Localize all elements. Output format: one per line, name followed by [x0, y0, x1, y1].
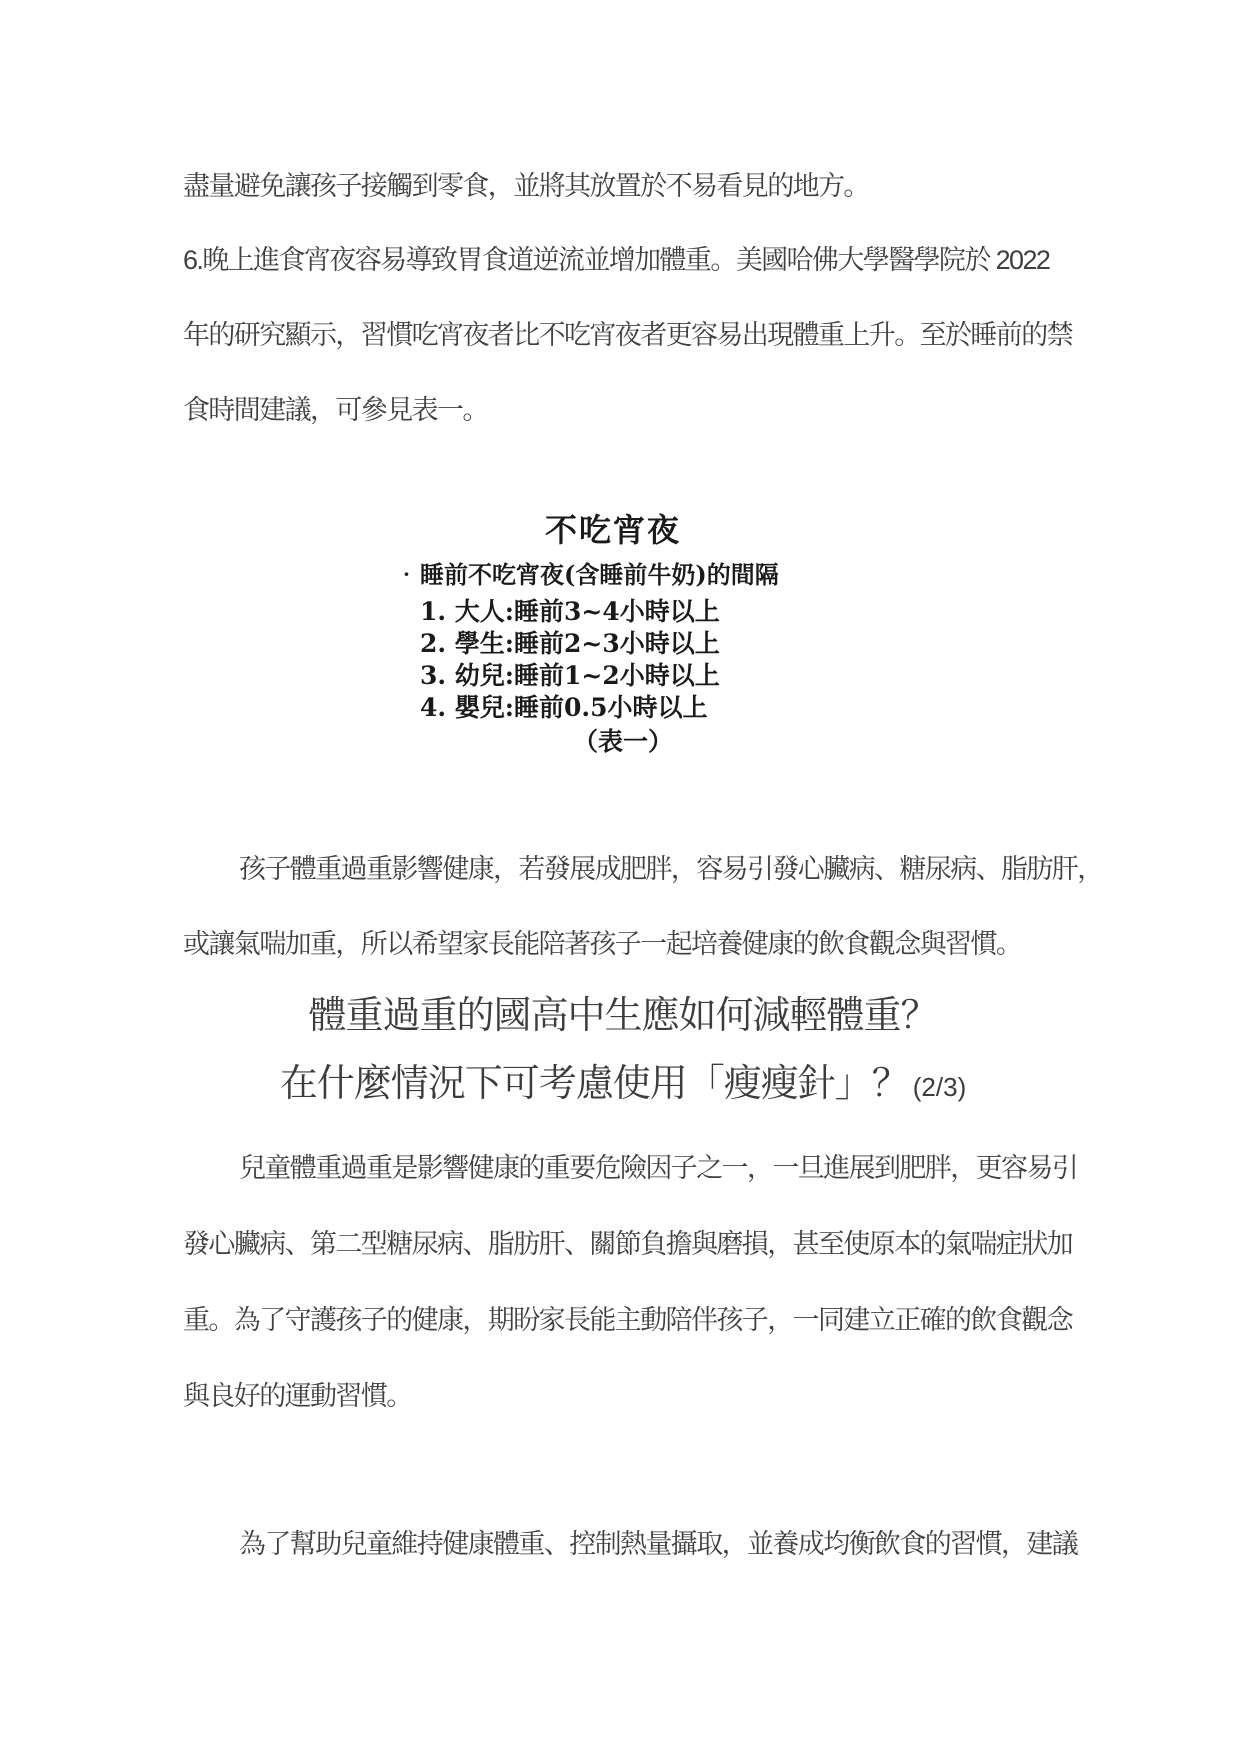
figure-item-list: 1. 大人:睡前3~4小時以上 2. 學生:睡前2~3小時以上 3. 幼兒:睡前…	[403, 596, 843, 724]
heading-line-2-text: 在什麼情況下可考慮使用「瘦瘦針」？	[280, 1063, 909, 1105]
section-heading: 體重過重的國高中生應如何減輕體重？ 在什麼情況下可考慮使用「瘦瘦針」？(2/3)	[183, 982, 1240, 1121]
figure-item: 1. 大人:睡前3~4小時以上	[420, 596, 843, 628]
text-line: 兒童體重過重是影響健康的重要危險因子之一，一旦進展到肥胖，更容易引	[183, 1130, 1240, 1206]
paragraph-final-advice: 為了幫助兒童維持健康體重、控制熱量攝取，並養成均衡飲食的習慣，建議	[183, 1508, 1240, 1580]
table-one-figure: 不吃宵夜 ·睡前不吃宵夜(含睡前牛奶)的間隔 1. 大人:睡前3~4小時以上 2…	[403, 507, 843, 760]
bullet-dot-icon: ·	[403, 553, 420, 595]
text-line: 孩子體重過重影響健康，若發展成肥胖，容易引發心臟病、糖尿病、脂肪肝，	[183, 832, 1240, 907]
figure-caption: （表一）	[403, 724, 843, 760]
figure-item: 2. 學生:睡前2~3小時以上	[420, 628, 843, 660]
figure-item: 3. 幼兒:睡前1~2小時以上	[420, 660, 843, 692]
figure-bullet-text: 睡前不吃宵夜(含睡前牛奶)的間隔	[420, 560, 779, 589]
text-line: 6.晚上進食宵夜容易導致胃食道逆流並增加體重。美國哈佛大學醫學院於 2022	[183, 223, 1240, 298]
paragraph-health-summary: 孩子體重過重影響健康，若發展成肥胖，容易引發心臟病、糖尿病、脂肪肝， 或讓氣喘加…	[183, 832, 1240, 982]
paragraph-snack-advice: 盡量避免讓孩子接觸到零食，並將其放置於不易看見的地方。	[183, 149, 1240, 223]
text-line: 重。為了守護孩子的健康，期盼家長能主動陪伴孩子，一同建立正確的飲食觀念	[183, 1282, 1240, 1358]
text-line: 為了幫助兒童維持健康體重、控制熱量攝取，並養成均衡飲食的習慣，建議	[183, 1508, 1240, 1580]
text-line: 盡量避免讓孩子接觸到零食，並將其放置於不易看見的地方。	[183, 149, 1240, 223]
figure-item: 4. 嬰兒:睡前0.5小時以上	[420, 692, 843, 724]
text-line: 食時間建議，可參見表一。	[183, 373, 1240, 448]
heading-page-marker: (2/3)	[913, 1072, 966, 1102]
paragraph-children-overweight: 兒童體重過重是影響健康的重要危險因子之一，一旦進展到肥胖，更容易引 發心臟病、第…	[183, 1130, 1240, 1434]
heading-line-1: 體重過重的國高中生應如何減輕體重？	[183, 982, 1063, 1050]
text-line: 年的研究顯示，習慣吃宵夜者比不吃宵夜者更容易出現體重上升。至於睡前的禁	[183, 298, 1240, 373]
heading-line-2: 在什麼情況下可考慮使用「瘦瘦針」？(2/3)	[183, 1050, 1063, 1121]
text-line: 發心臟病、第二型糖尿病、脂肪肝、關節負擔與磨損，甚至使原本的氣喘症狀加	[183, 1206, 1240, 1282]
figure-bullet-line: ·睡前不吃宵夜(含睡前牛奶)的間隔	[403, 553, 843, 596]
text-line: 或讓氣喘加重，所以希望家長能陪著孩子一起培養健康的飲食觀念與習慣。	[183, 907, 1240, 982]
figure-title: 不吃宵夜	[403, 507, 823, 553]
text-line: 與良好的運動習慣。	[183, 1358, 1240, 1434]
paragraph-item6-night-eating: 6.晚上進食宵夜容易導致胃食道逆流並增加體重。美國哈佛大學醫學院於 2022 年…	[183, 223, 1240, 448]
document-page: 盡量避免讓孩子接觸到零食，並將其放置於不易看見的地方。 6.晚上進食宵夜容易導致…	[0, 0, 1240, 1755]
